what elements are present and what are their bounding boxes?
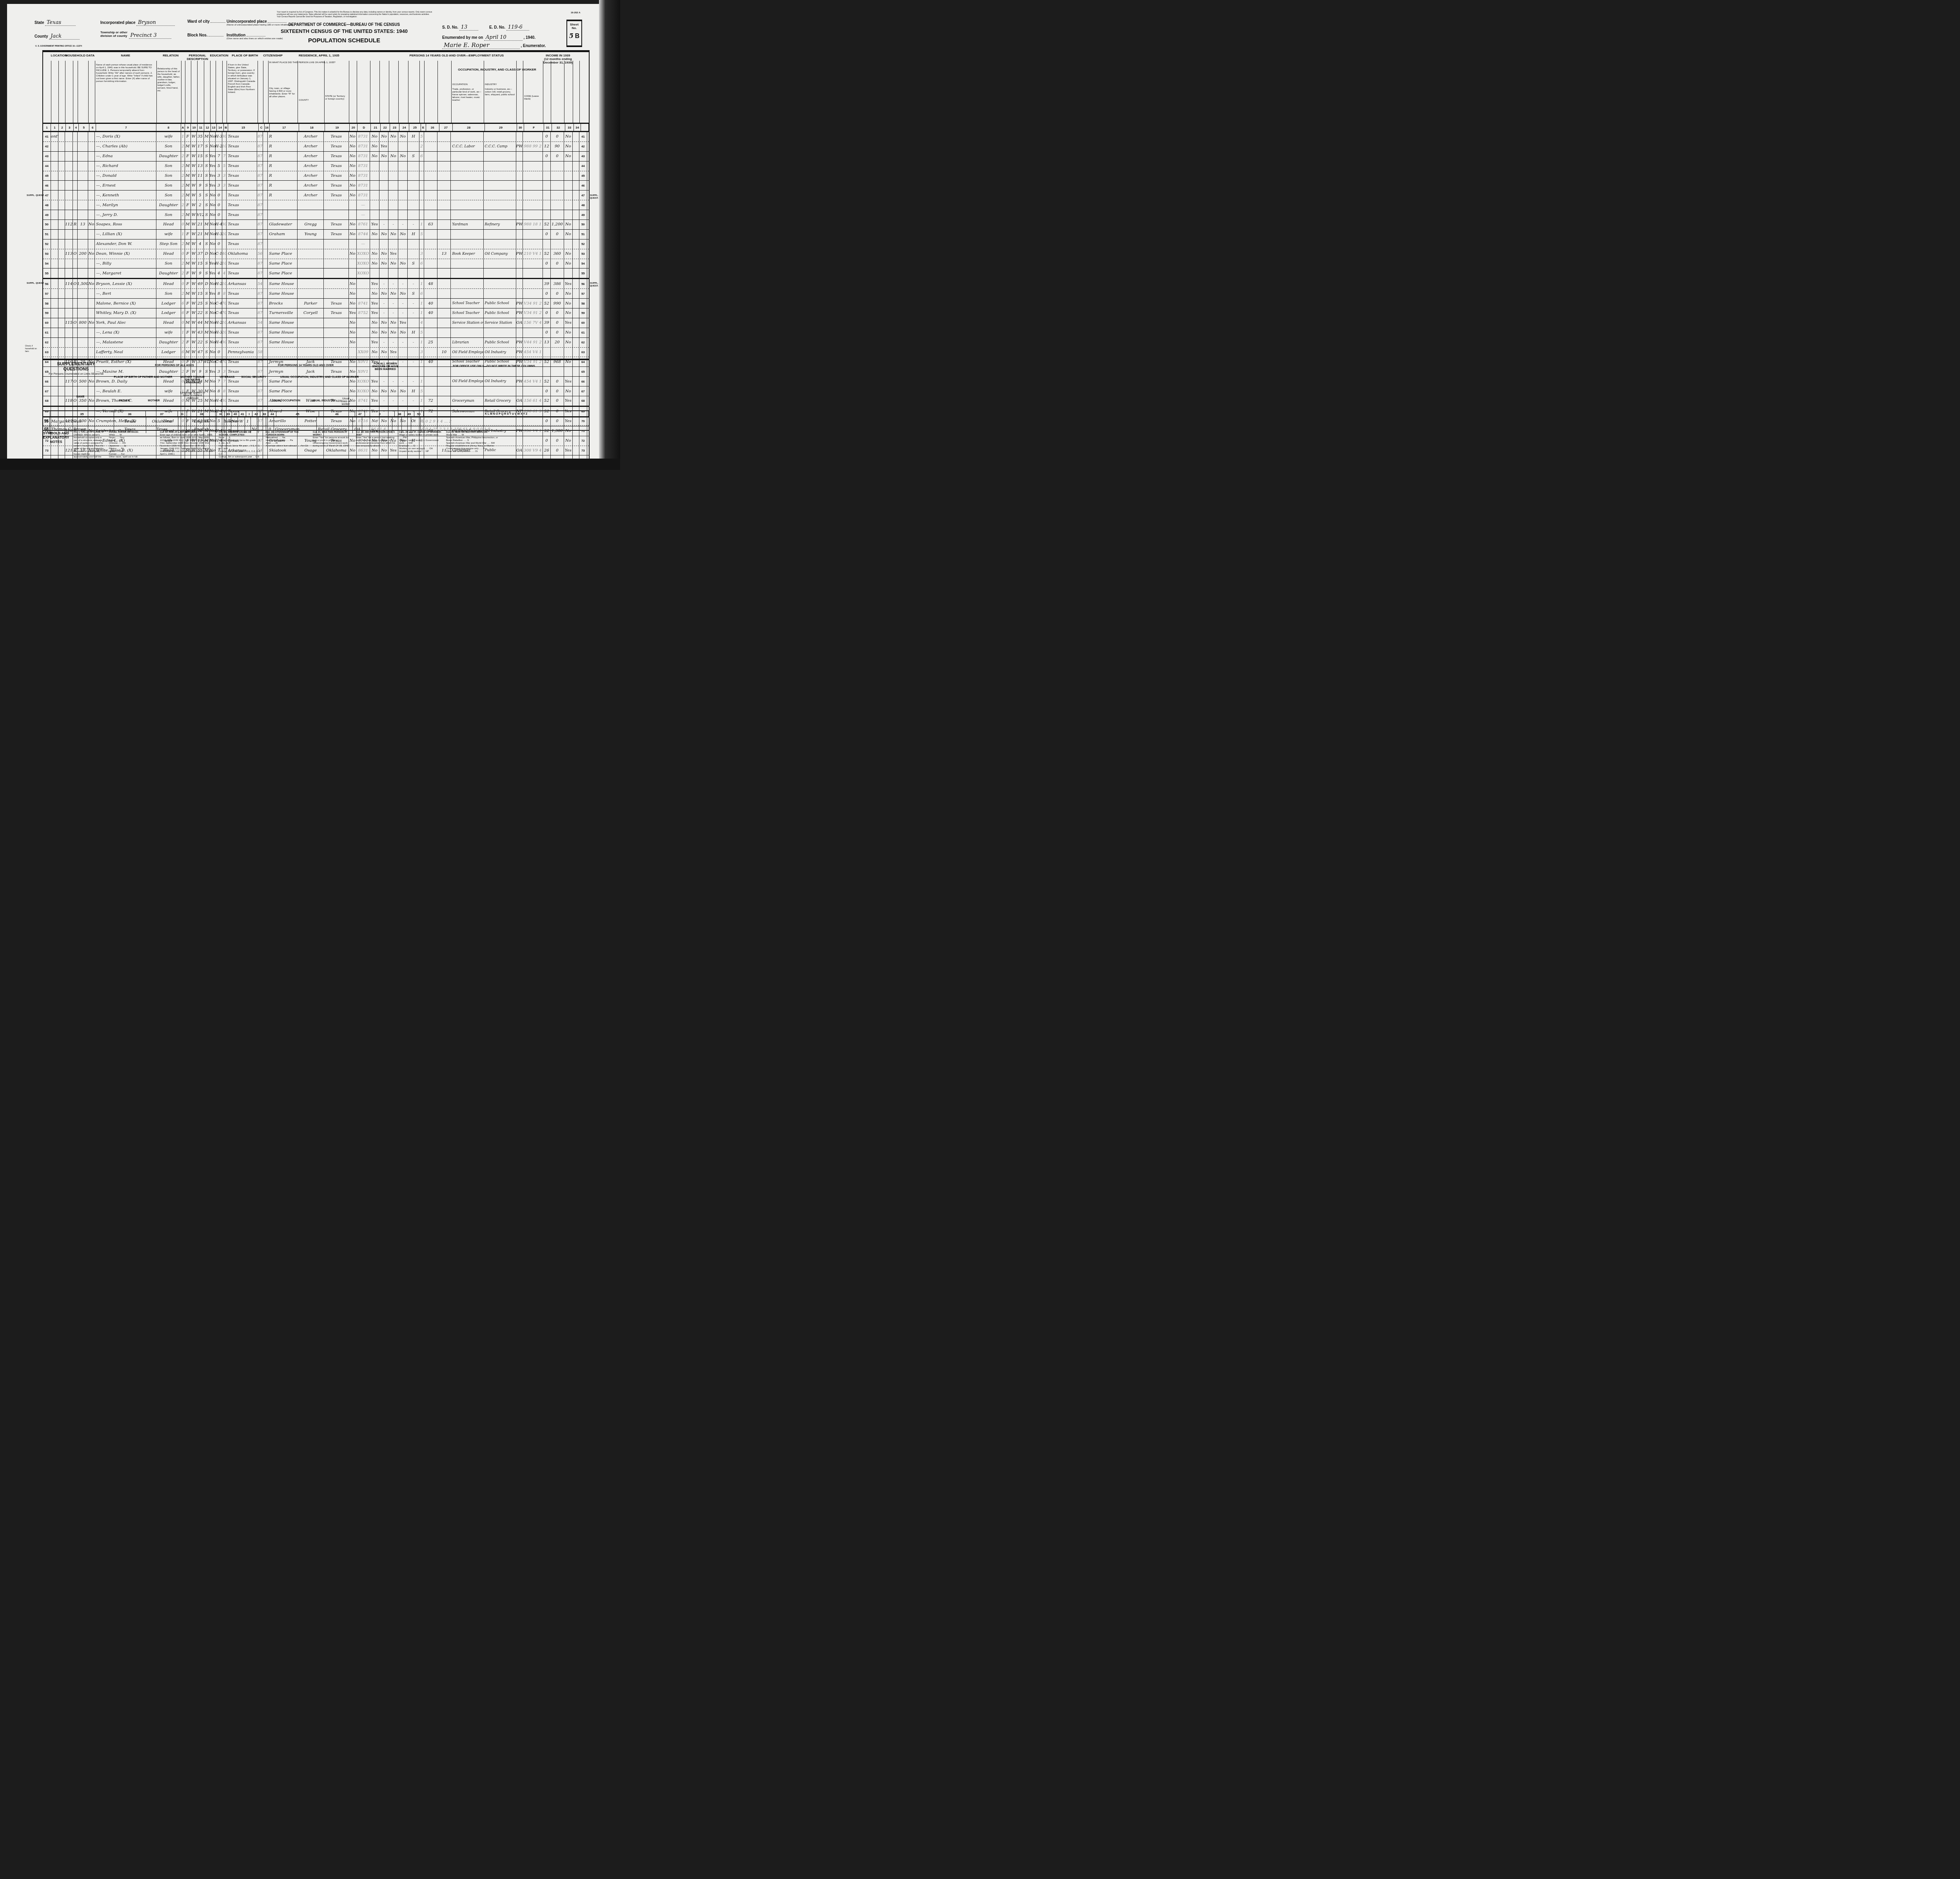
cell-relation: Daughter xyxy=(156,152,181,161)
header-divider xyxy=(516,61,517,123)
column-number: 32 xyxy=(552,124,565,131)
cell-farm-schedule xyxy=(573,181,579,190)
cell-state-1935: Texas xyxy=(324,230,349,239)
cell-race: W xyxy=(191,348,197,357)
cell-occupation: Yardman xyxy=(451,220,483,229)
cell-weeks-worked: 52 xyxy=(543,249,551,259)
cell-weeks-worked xyxy=(543,210,551,219)
cell-farm: No xyxy=(88,220,95,229)
cell-school: No xyxy=(210,190,216,200)
cell-marital: M xyxy=(204,132,210,141)
cell-code-c: 87 xyxy=(257,308,263,318)
occupation-examples: Trade, profession, or particular kind of… xyxy=(452,88,483,102)
note-col24: Col. 24. DID THIS PERSON HAVE A JOB? Ent… xyxy=(356,431,395,448)
cell-house-number xyxy=(58,142,65,151)
cell-visit-number: 114 xyxy=(65,279,73,288)
cell-activity xyxy=(408,171,419,181)
column-number: 21 xyxy=(371,124,381,131)
cell-farm: No xyxy=(88,279,95,288)
cell-code-e xyxy=(419,210,424,219)
cell-county-1935 xyxy=(298,239,324,249)
cell-code-b: 20 xyxy=(222,230,227,239)
cell-farm xyxy=(88,299,95,308)
cell-activity: - xyxy=(408,299,419,308)
cell-farm-1935: No xyxy=(349,181,357,190)
cell-has-job xyxy=(398,200,408,210)
cell-seeking-work: No xyxy=(388,318,398,328)
cell-citizenship xyxy=(263,161,268,171)
cell-occupation xyxy=(451,132,483,141)
cell-hours-worked xyxy=(424,161,437,171)
cell-seeking-work xyxy=(388,268,398,278)
cell-class-of-worker xyxy=(516,190,523,200)
cell-birthplace: Oklahoma xyxy=(227,249,257,259)
cell-activity: - xyxy=(408,338,419,347)
column-number: 24 xyxy=(399,124,409,131)
column-group-citizenship: CITIZENSHIP xyxy=(263,54,268,57)
cell-street xyxy=(51,161,59,171)
cell-relation: Daughter xyxy=(156,338,181,347)
column-number: 1 xyxy=(51,124,59,131)
cell-marital: M xyxy=(204,328,210,337)
cell-age: 9 xyxy=(197,181,203,190)
table-row: 56114O1,500NoBryson, Lessie (X)Head0FW49… xyxy=(43,279,589,289)
cell-hours-worked: 40 xyxy=(424,299,437,308)
cell-race: W xyxy=(191,220,197,229)
cell-line-no-right: 55 xyxy=(579,268,587,278)
cell-owned-rented xyxy=(73,161,78,171)
header-divider xyxy=(263,61,263,123)
cell-hours-worked xyxy=(424,239,437,249)
sd-value: 13 xyxy=(459,24,478,31)
cell-birthplace: Texas xyxy=(227,289,257,298)
form-number: 16-202 A xyxy=(571,12,580,14)
cell-house-number xyxy=(58,230,65,239)
cell-birthplace: Texas xyxy=(227,299,257,308)
cell-emergency-work xyxy=(379,200,388,210)
cell-emergency-work: No xyxy=(379,289,388,298)
cell-industry: Public School xyxy=(484,308,516,318)
header-divider xyxy=(222,61,223,123)
cell-home-value xyxy=(78,338,88,347)
enumerated-date: April 10 xyxy=(484,34,523,41)
cell-code-a: 0 xyxy=(181,318,185,328)
cell-sex: F xyxy=(185,152,191,161)
cell-street xyxy=(51,230,59,239)
county-header: COUNTY xyxy=(299,99,323,102)
cell-weeks-unemployed xyxy=(437,338,451,347)
cell-name: —, Margaret xyxy=(95,268,156,278)
cell-visit-number: 113 xyxy=(65,249,73,259)
cell-name: —, Edna xyxy=(95,152,156,161)
cell-line-no: 45 xyxy=(43,171,51,181)
cell-school: Yes xyxy=(210,259,216,268)
cell-home-value xyxy=(78,328,88,337)
cell-line-no-right: 44 xyxy=(579,161,587,171)
cell-county-1935 xyxy=(298,279,324,288)
cell-has-job xyxy=(398,249,408,259)
cell-house-number xyxy=(58,308,65,318)
header-divider xyxy=(579,61,580,123)
cell-line-no-right: 47 xyxy=(579,190,587,200)
note-col30: Cols. 30 and 47. CLASS OF WORKER: Wage o… xyxy=(399,431,442,453)
cell-street xyxy=(51,348,59,357)
cell-race: W xyxy=(191,171,197,181)
column-number: 27 xyxy=(439,124,453,131)
confidentiality-notice: Your report is required by Act of Congre… xyxy=(277,11,434,18)
supp-column-number: 48 xyxy=(395,411,405,417)
enumerated-date-field: Enumerated by me on April 10 , 1940. xyxy=(442,34,535,41)
note-col11: Col. 11. AGE AT LAST BIRTHDAY: Enter age… xyxy=(160,431,215,456)
cell-visit-number xyxy=(65,289,73,298)
cell-class-of-worker xyxy=(516,328,523,337)
cell-code-d: XOXO xyxy=(357,259,370,268)
cell-code-a: 1 xyxy=(181,132,185,141)
column-number: 31 xyxy=(544,124,552,131)
cell-state-1935 xyxy=(324,348,349,357)
cell-race: W xyxy=(191,249,197,259)
cell-at-work: No xyxy=(370,289,379,298)
cell-grade: 0 xyxy=(216,210,222,219)
cell-race: W xyxy=(191,279,197,288)
cell-has-job: - xyxy=(398,279,408,288)
cell-owned-rented xyxy=(73,308,78,318)
cell-other-income xyxy=(564,348,573,357)
cell-city-1935: Same House xyxy=(268,338,298,347)
cell-code-e xyxy=(419,268,424,278)
cell-county-1935 xyxy=(298,289,324,298)
cell-class-of-worker xyxy=(516,152,523,161)
header-divider xyxy=(78,61,78,123)
cell-county-1935 xyxy=(298,249,324,259)
cell-line-no: 61 xyxy=(43,328,51,337)
cell-citizenship xyxy=(263,239,268,249)
cell-code-a: 6 xyxy=(181,299,185,308)
cell-class-of-worker xyxy=(516,239,523,249)
cell-visit-number xyxy=(65,259,73,268)
cell-line-no: 46 xyxy=(43,181,51,190)
suppl-quest-mark-right-68: SUPPL. QUEST. xyxy=(590,282,598,288)
cell-line-no: 48 xyxy=(43,200,51,210)
sec-women: FOR ALL WOMEN WHO ARE OR HAVE BEEN MARRI… xyxy=(372,363,399,371)
cell-hours-worked xyxy=(424,328,437,337)
cell-school: No xyxy=(210,318,216,328)
cell-industry xyxy=(484,239,516,249)
cell-citizenship xyxy=(263,171,268,181)
supp-cell-vet1: Yes xyxy=(224,417,231,425)
cell-sex: F xyxy=(185,200,191,210)
cell-code-d xyxy=(357,328,370,337)
cell-industry xyxy=(484,289,516,298)
cell-farm xyxy=(88,142,95,151)
cell-home-value xyxy=(78,308,88,318)
cell-sex: F xyxy=(185,308,191,318)
supp-column-number: 50 xyxy=(414,411,424,417)
cell-code-d: 8731 xyxy=(357,190,370,200)
supp-column-number: 35 xyxy=(50,411,114,417)
cell-age: 9/12 xyxy=(197,210,203,219)
cell-industry xyxy=(484,190,516,200)
cell-code-e: 1 xyxy=(419,220,424,229)
cell-house-number xyxy=(58,268,65,278)
cell-county-1935: Archer xyxy=(298,190,324,200)
cell-line-no-right: 51 xyxy=(579,230,587,239)
cell-weeks-unemployed xyxy=(437,190,451,200)
cell-home-value xyxy=(78,299,88,308)
cell-at-work: No xyxy=(370,328,379,337)
cell-occupation xyxy=(451,161,483,171)
cell-house-number xyxy=(58,348,65,357)
supp-cell-g xyxy=(178,417,187,425)
cell-weeks-unemployed xyxy=(437,279,451,288)
cell-home-value xyxy=(78,210,88,219)
cell-code-c: 87 xyxy=(257,299,263,308)
cell-state-1935: Texas xyxy=(324,181,349,190)
cell-grade: H-3 xyxy=(216,132,222,141)
cell-citizenship xyxy=(263,152,268,161)
census-sheet: Your report is required by Act of Congre… xyxy=(7,4,599,459)
cell-hours-worked xyxy=(424,132,437,141)
cell-wages: 386 xyxy=(551,279,564,288)
cell-home-value xyxy=(78,181,88,190)
cell-seeking-work: - xyxy=(388,338,398,347)
cell-race: W xyxy=(191,181,197,190)
cell-code-a: 6 xyxy=(181,348,185,357)
note-item: Indian ..... In xyxy=(109,439,156,442)
cell-code-b: 20 xyxy=(222,328,227,337)
cell-weeks-worked: 0 xyxy=(543,308,551,318)
supp-cell-language: English xyxy=(187,417,216,425)
cell-hours-worked xyxy=(424,249,437,259)
cell-line-no: 63 xyxy=(43,348,51,357)
cell-industry: C.C.C. Camp xyxy=(484,142,516,151)
cell-activity xyxy=(408,161,419,171)
cell-code-f: 454 V4 1 xyxy=(523,348,543,357)
cell-weeks-worked xyxy=(543,348,551,357)
cell-home-value xyxy=(78,348,88,357)
cell-seeking-work: - xyxy=(388,279,398,288)
cell-code-f: 988 99 2 xyxy=(523,142,543,151)
cell-age: 21 xyxy=(197,230,203,239)
scan-border-bottom xyxy=(0,459,620,470)
cell-line-no-right: 57 xyxy=(579,289,587,298)
cell-owned-rented xyxy=(73,132,78,141)
cell-relation: Son xyxy=(156,171,181,181)
note-item: Working on own account ..... OA xyxy=(399,448,442,450)
cell-grade: 0 xyxy=(216,190,222,200)
supp-cell-ss2 xyxy=(258,417,266,425)
column-number: 17 xyxy=(270,124,299,131)
supp-col-mother: MOTHER xyxy=(139,399,169,402)
cell-home-value: 800 xyxy=(78,318,88,328)
cell-has-job: - xyxy=(398,338,408,347)
cell-hours-worked xyxy=(424,152,437,161)
name-instructions: Name of each person whose usual place of… xyxy=(96,64,155,83)
cell-citizenship xyxy=(263,279,268,288)
cell-grade: 0 xyxy=(216,200,222,210)
supp-col-usual-ind: USUAL INDUSTRY xyxy=(306,399,341,402)
cell-emergency-work: - xyxy=(379,279,388,288)
cell-city-1935: Graham xyxy=(268,230,298,239)
note-item: Japanese ..... Jp xyxy=(109,445,156,448)
cell-class-of-worker xyxy=(516,268,523,278)
cell-code-c: 87 xyxy=(257,230,263,239)
cell-marital: S xyxy=(204,210,210,219)
cell-activity: - xyxy=(408,308,419,318)
cell-code-f xyxy=(523,171,543,181)
note-col10: Col. 10. COLOR OR RACE: White ..... WNeg… xyxy=(109,431,156,459)
cell-at-work: Yes xyxy=(370,338,379,347)
cell-race: W xyxy=(191,289,197,298)
cell-street xyxy=(51,268,59,278)
sec-office-use: FOR OFFICE USE ONLY—DO NOT WRITE IN THES… xyxy=(402,365,586,368)
supp-column-number: 38 xyxy=(187,411,217,417)
cell-state-1935 xyxy=(324,318,349,328)
cell-farm-schedule xyxy=(573,259,579,268)
note-item: Korean ..... Kor xyxy=(109,453,156,456)
sec-usual-occ: USUAL OCCUPATION, INDUSTRY, AND CLASS OF… xyxy=(269,376,370,379)
cell-marital: M xyxy=(204,220,210,229)
cell-relation: Daughter xyxy=(156,200,181,210)
column-number: D xyxy=(358,124,371,131)
cell-marital: D xyxy=(204,249,210,259)
cell-wages xyxy=(551,348,564,357)
cell-farm-schedule xyxy=(573,249,579,259)
cell-marital: S xyxy=(204,161,210,171)
sheet-number-box: Sheet No. 5 B xyxy=(566,20,582,47)
column-number: 7 xyxy=(96,124,156,131)
supp-col-name: NAME xyxy=(51,395,110,398)
cell-name: —, Kenneth xyxy=(95,190,156,200)
cell-sex: F xyxy=(185,328,191,337)
cell-farm xyxy=(88,132,95,141)
cell-industry xyxy=(484,181,516,190)
cell-street xyxy=(51,289,59,298)
cell-street xyxy=(51,338,59,347)
cell-race: W xyxy=(191,299,197,308)
supp-column-number: 42 xyxy=(252,411,260,417)
cell-sex: F xyxy=(185,338,191,347)
cell-school: No xyxy=(210,220,216,229)
cell-state-1935: Texas xyxy=(324,190,349,200)
cell-code-c: 87 xyxy=(257,161,263,171)
cell-activity: H xyxy=(408,230,419,239)
cell-seeking-work: - xyxy=(388,308,398,318)
cell-school: Yes xyxy=(210,152,216,161)
cell-sex: M xyxy=(185,190,191,200)
supp-cell-mother: Oklahoma xyxy=(146,417,178,425)
cell-at-work: No xyxy=(370,348,379,357)
cell-farm-schedule xyxy=(573,190,579,200)
supp-column-number: I xyxy=(246,411,252,417)
cell-street xyxy=(51,328,59,337)
cell-owned-rented: R xyxy=(73,220,78,229)
cell-code-c: 87 xyxy=(257,239,263,249)
cell-has-job: No xyxy=(398,289,408,298)
cell-weeks-worked: 39 xyxy=(543,318,551,328)
cell-marital: S xyxy=(204,348,210,357)
header-divider xyxy=(216,61,216,123)
column-group-household: HOUSEHOLD DATA xyxy=(65,54,95,57)
occupation-header: OCCUPATION xyxy=(452,83,483,86)
cell-code-c: 87 xyxy=(257,200,263,210)
cell-code-d: 8731 xyxy=(357,152,370,161)
supp-col-father: FATHER xyxy=(110,399,139,402)
cell-emergency-work: No xyxy=(379,152,388,161)
cell-weeks-unemployed xyxy=(437,328,451,337)
cell-name: —, Jerry D. xyxy=(95,210,156,219)
cell-school: No xyxy=(210,249,216,259)
cell-birthplace: Texas xyxy=(227,328,257,337)
cell-marital: M xyxy=(204,230,210,239)
cell-class-of-worker: PW xyxy=(516,338,523,347)
cell-line-no-right: 60 xyxy=(579,318,587,328)
supp-cell-w49 xyxy=(402,417,411,425)
cell-race: W xyxy=(191,132,197,141)
cell-code-d xyxy=(357,338,370,347)
cell-visit-number xyxy=(65,161,73,171)
cell-wages: 90 xyxy=(551,142,564,151)
cell-home-value xyxy=(78,171,88,181)
sec-all-ages: FOR PERSONS OF ALL AGES xyxy=(110,364,239,367)
header-divider xyxy=(95,61,95,123)
sec-14-over: FOR PERSONS 14 YEARS OLD AND OVER xyxy=(241,364,370,367)
cell-weeks-unemployed xyxy=(437,220,451,229)
cell-hours-worked: 63 xyxy=(424,220,437,229)
cell-farm: No xyxy=(88,249,95,259)
cell-age: 43 xyxy=(197,328,203,337)
cell-state-1935: Texas xyxy=(324,220,349,229)
cell-seeking-work: - xyxy=(388,220,398,229)
cell-age: 44 xyxy=(197,318,203,328)
note-item: Naturalized ..... Na xyxy=(266,437,309,439)
cell-code-d xyxy=(357,318,370,328)
cell-code-e: 5 xyxy=(419,230,424,239)
cell-owned-rented xyxy=(73,190,78,200)
cell-other-income: No xyxy=(564,152,573,161)
cell-code-c: 87 xyxy=(257,132,263,141)
cell-emergency-work: No xyxy=(379,249,388,259)
cell-state-1935: Texas xyxy=(324,142,349,151)
cell-visit-number xyxy=(65,190,73,200)
cell-emergency-work: No xyxy=(379,328,388,337)
state-value: Texas xyxy=(45,20,76,26)
cell-birthplace: Texas xyxy=(227,230,257,239)
cell-code-a: 2 xyxy=(181,239,185,249)
cell-activity: S xyxy=(408,259,419,268)
cell-weeks-unemployed xyxy=(437,152,451,161)
column-number: 15 xyxy=(228,124,258,131)
cell-home-value: 1,500 xyxy=(78,279,88,288)
cell-relation: Daughter xyxy=(156,268,181,278)
cell-farm-schedule xyxy=(573,161,579,171)
cell-code-a: 2 xyxy=(181,210,185,219)
cell-relation: wife xyxy=(156,328,181,337)
cell-emergency-work xyxy=(379,171,388,181)
cell-code-a: 2 xyxy=(181,142,185,151)
cell-birthplace: Texas xyxy=(227,142,257,151)
cell-wages xyxy=(551,171,564,181)
cell-citizenship xyxy=(263,190,268,200)
sheet-side: B xyxy=(575,33,580,40)
cell-school: No xyxy=(210,239,216,249)
cell-state-1935: Texas xyxy=(324,171,349,181)
cell-grade: 8 xyxy=(216,289,222,298)
cell-county-1935: Archer xyxy=(298,152,324,161)
cell-weeks-worked: 0 xyxy=(543,132,551,141)
cell-grade: C-4 xyxy=(216,299,222,308)
table-row: 61—, Lena (X)wife1FW43MNoH-320Texas87Sam… xyxy=(43,328,589,338)
